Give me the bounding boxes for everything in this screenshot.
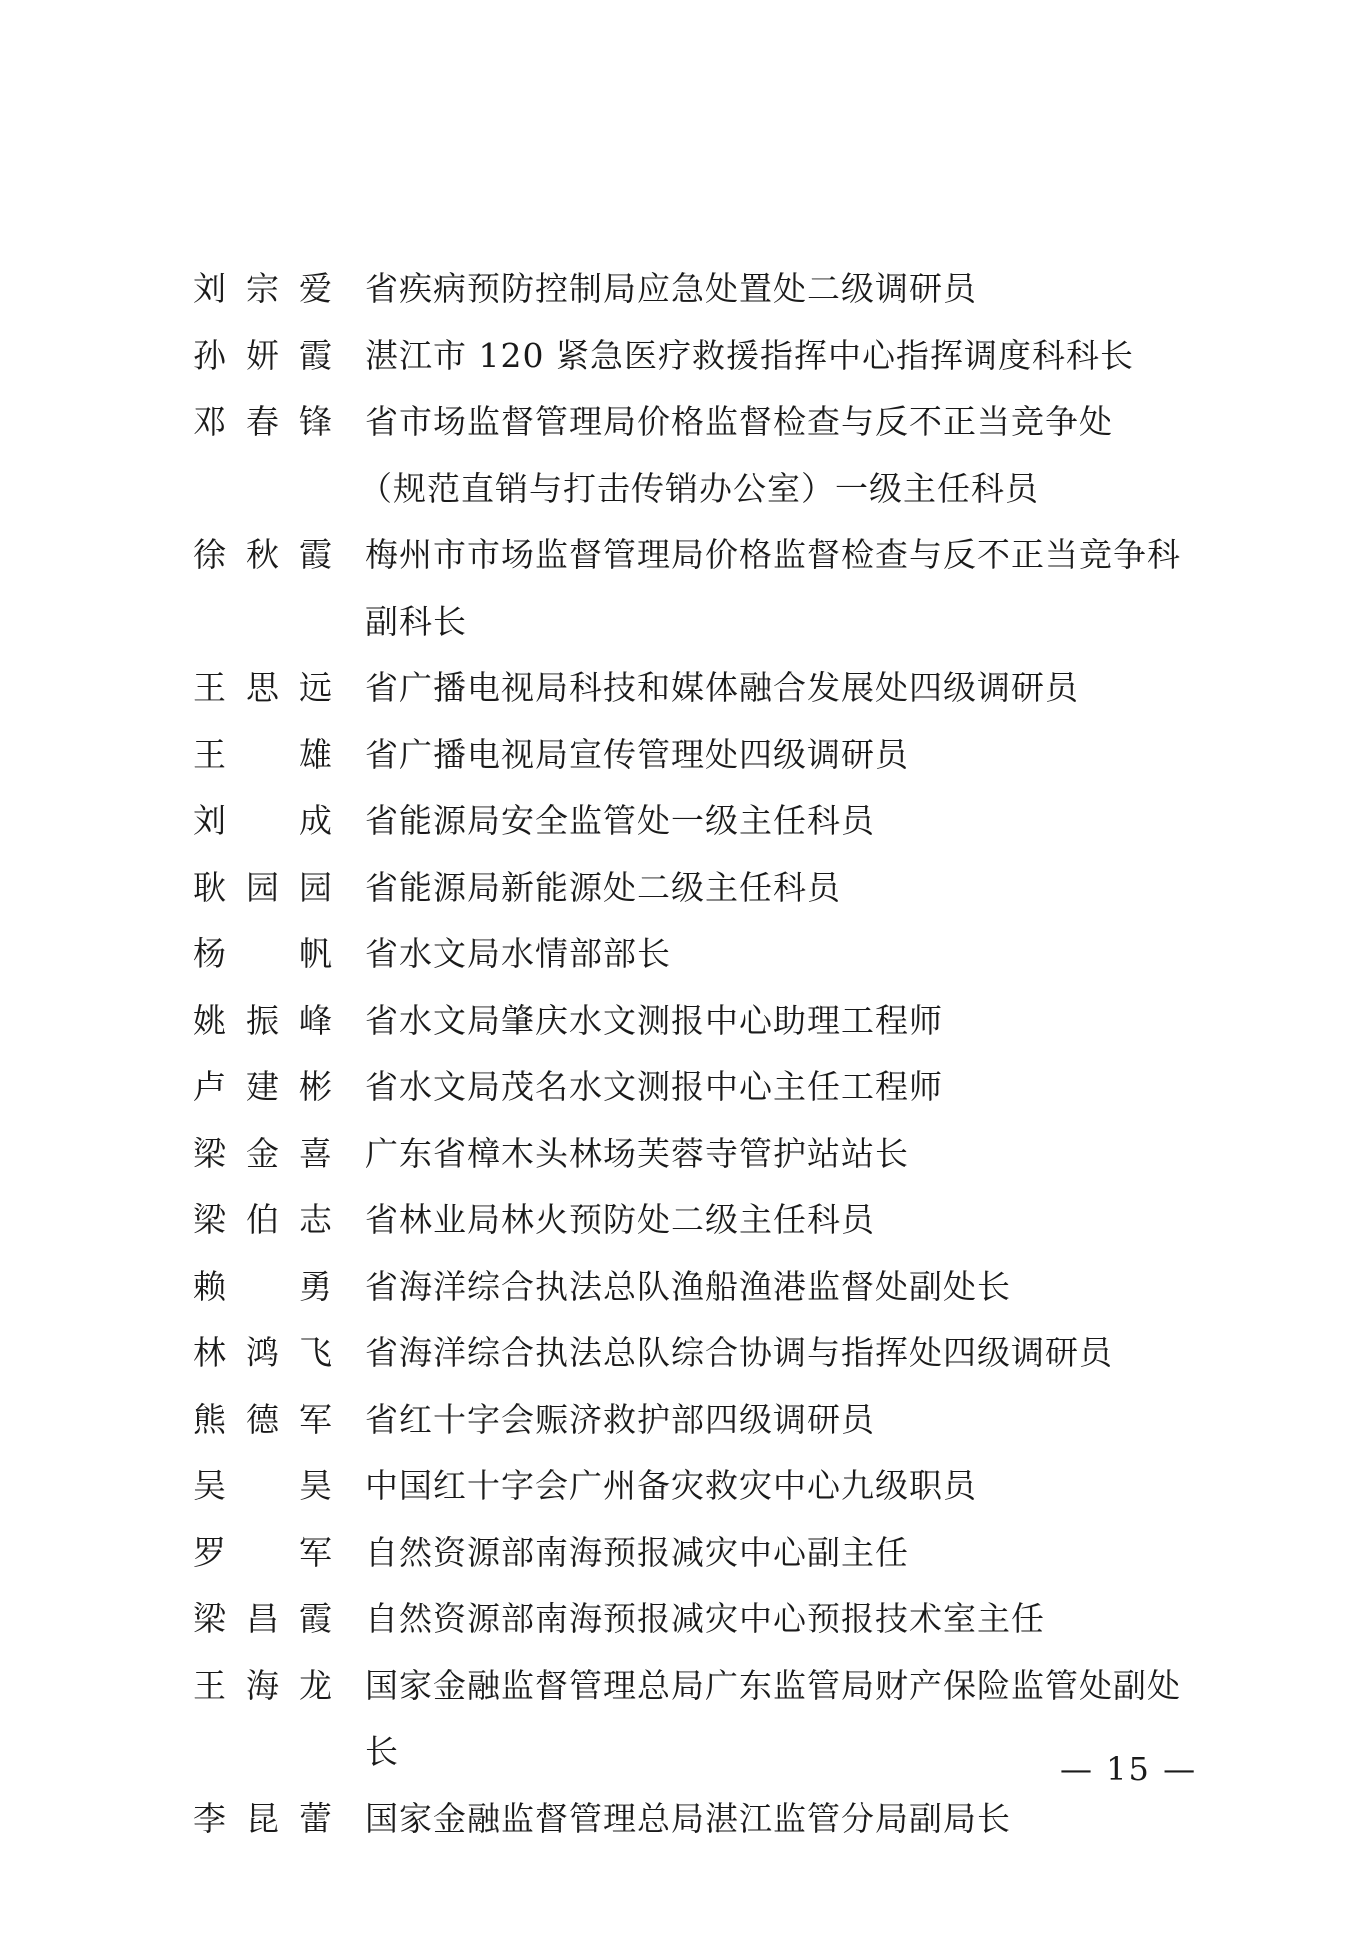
title-line: 省广播电视局科技和媒体融合发展处四级调研员 <box>365 655 1079 722</box>
list-item: 梁昌霞自然资源部南海预报减灾中心预报技术室主任 <box>193 1586 1193 1653</box>
person-name: 王雄 <box>193 722 333 789</box>
person-name: 徐秋霞 <box>193 522 333 589</box>
name-char: 孙 <box>193 323 227 390</box>
name-char: 王 <box>193 722 227 789</box>
person-name: 王海龙 <box>193 1653 333 1720</box>
person-name: 姚振峰 <box>193 988 333 1055</box>
name-char: 德 <box>246 1387 280 1454</box>
personnel-list: 刘宗爱省疾病预防控制局应急处置处二级调研员孙妍霞湛江市 120 紧急医疗救援指挥… <box>193 256 1193 1852</box>
list-item: 姚振峰省水文局肇庆水文测报中心助理工程师 <box>193 988 1193 1055</box>
name-char: 伯 <box>246 1187 280 1254</box>
person-title: 省能源局安全监管处一级主任科员 <box>365 788 875 855</box>
list-item: 王雄省广播电视局宣传管理处四级调研员 <box>193 722 1193 789</box>
name-char: 昆 <box>246 1786 280 1853</box>
name-char: 志 <box>299 1187 333 1254</box>
name-char: 鸿 <box>246 1320 280 1387</box>
person-title: 省海洋综合执法总队渔船渔港监督处副处长 <box>365 1254 1011 1321</box>
person-name: 刘宗爱 <box>193 256 333 323</box>
name-char: 海 <box>246 1653 280 1720</box>
name-char: 罗 <box>193 1520 227 1587</box>
title-line: 省广播电视局宣传管理处四级调研员 <box>365 722 909 789</box>
person-title: 中国红十字会广州备灾救灾中心九级职员 <box>365 1453 977 1520</box>
name-char: 昌 <box>246 1586 280 1653</box>
name-char: 彬 <box>299 1054 333 1121</box>
list-item: 梁金喜广东省樟木头林场芙蓉寺管护站站长 <box>193 1121 1193 1188</box>
name-char: 军 <box>299 1520 333 1587</box>
person-title: 省疾病预防控制局应急处置处二级调研员 <box>365 256 977 323</box>
person-name: 林鸿飞 <box>193 1320 333 1387</box>
name-char: 梁 <box>193 1121 227 1188</box>
name-char: 王 <box>193 1653 227 1720</box>
name-char: 秋 <box>246 522 280 589</box>
person-title: 省广播电视局科技和媒体融合发展处四级调研员 <box>365 655 1079 722</box>
list-item: 王思远省广播电视局科技和媒体融合发展处四级调研员 <box>193 655 1193 722</box>
list-item: 罗军自然资源部南海预报减灾中心副主任 <box>193 1520 1193 1587</box>
name-char: 梁 <box>193 1586 227 1653</box>
person-name: 杨帆 <box>193 921 333 988</box>
title-line: 省水文局肇庆水文测报中心助理工程师 <box>365 988 943 1055</box>
person-title: 省广播电视局宣传管理处四级调研员 <box>365 722 909 789</box>
title-line: 省海洋综合执法总队综合协调与指挥处四级调研员 <box>365 1320 1113 1387</box>
name-char: 思 <box>246 655 280 722</box>
title-line: 自然资源部南海预报减灾中心副主任 <box>365 1520 909 1587</box>
list-item: 耿园园省能源局新能源处二级主任科员 <box>193 855 1193 922</box>
name-char: 梁 <box>193 1187 227 1254</box>
list-item: 徐秋霞梅州市市场监督管理局价格监督检查与反不正当竞争科副科长 <box>193 522 1193 655</box>
name-char: 龙 <box>299 1653 333 1720</box>
name-char: 耿 <box>193 855 227 922</box>
name-char: 成 <box>299 788 333 855</box>
name-char: 霞 <box>299 1586 333 1653</box>
list-item: 林鸿飞省海洋综合执法总队综合协调与指挥处四级调研员 <box>193 1320 1193 1387</box>
person-name: 罗军 <box>193 1520 333 1587</box>
name-char: 雄 <box>299 722 333 789</box>
person-name: 梁昌霞 <box>193 1586 333 1653</box>
person-title: 国家金融监督管理总局湛江监管分局副局长 <box>365 1786 1011 1853</box>
name-char: 李 <box>193 1786 227 1853</box>
person-title: 省林业局林火预防处二级主任科员 <box>365 1187 875 1254</box>
list-item: 梁伯志省林业局林火预防处二级主任科员 <box>193 1187 1193 1254</box>
name-char: 爱 <box>299 256 333 323</box>
title-line: 中国红十字会广州备灾救灾中心九级职员 <box>365 1453 977 1520</box>
person-name: 邓春锋 <box>193 389 333 456</box>
list-item: 王海龙国家金融监督管理总局广东监管局财产保险监管处副处长 <box>193 1653 1193 1786</box>
name-char: 赖 <box>193 1254 227 1321</box>
name-char: 霞 <box>299 522 333 589</box>
person-name: 赖勇 <box>193 1254 333 1321</box>
list-item: 李昆蕾国家金融监督管理总局湛江监管分局副局长 <box>193 1786 1193 1853</box>
title-line: 广东省樟木头林场芙蓉寺管护站站长 <box>365 1121 909 1188</box>
title-line: 省能源局新能源处二级主任科员 <box>365 855 841 922</box>
title-line: 国家金融监督管理总局湛江监管分局副局长 <box>365 1786 1011 1853</box>
list-item: 孙妍霞湛江市 120 紧急医疗救援指挥中心指挥调度科科长 <box>193 323 1193 390</box>
name-char: 峰 <box>299 988 333 1055</box>
person-name: 王思远 <box>193 655 333 722</box>
list-item: 熊德军省红十字会赈济救护部四级调研员 <box>193 1387 1193 1454</box>
page-number: — 15 — <box>1060 1750 1197 1788</box>
person-title: 省海洋综合执法总队综合协调与指挥处四级调研员 <box>365 1320 1113 1387</box>
list-item: 吴昊中国红十字会广州备灾救灾中心九级职员 <box>193 1453 1193 1520</box>
person-title: 湛江市 120 紧急医疗救援指挥中心指挥调度科科长 <box>365 323 1134 390</box>
title-line: 省能源局安全监管处一级主任科员 <box>365 788 875 855</box>
name-char: 锋 <box>299 389 333 456</box>
person-name: 吴昊 <box>193 1453 333 1520</box>
list-item: 刘宗爱省疾病预防控制局应急处置处二级调研员 <box>193 256 1193 323</box>
person-name: 梁金喜 <box>193 1121 333 1188</box>
name-char: 春 <box>246 389 280 456</box>
name-char: 园 <box>299 855 333 922</box>
title-line: 省林业局林火预防处二级主任科员 <box>365 1187 875 1254</box>
person-name: 卢建彬 <box>193 1054 333 1121</box>
title-line: 省市场监督管理局价格监督检查与反不正当竞争处 <box>365 389 1113 456</box>
name-char: 卢 <box>193 1054 227 1121</box>
document-page: 刘宗爱省疾病预防控制局应急处置处二级调研员孙妍霞湛江市 120 紧急医疗救援指挥… <box>0 0 1366 1933</box>
name-char: 邓 <box>193 389 227 456</box>
name-char: 蕾 <box>299 1786 333 1853</box>
list-item: 赖勇省海洋综合执法总队渔船渔港监督处副处长 <box>193 1254 1193 1321</box>
list-item: 卢建彬省水文局茂名水文测报中心主任工程师 <box>193 1054 1193 1121</box>
name-char: 吴 <box>193 1453 227 1520</box>
person-name: 刘成 <box>193 788 333 855</box>
person-name: 熊德军 <box>193 1387 333 1454</box>
name-char: 杨 <box>193 921 227 988</box>
person-name: 耿园园 <box>193 855 333 922</box>
name-char: 宗 <box>246 256 280 323</box>
title-line: 梅州市市场监督管理局价格监督检查与反不正当竞争科副科长 <box>365 522 1193 655</box>
name-char: 园 <box>246 855 280 922</box>
person-title: 省红十字会赈济救护部四级调研员 <box>365 1387 875 1454</box>
name-char: 妍 <box>246 323 280 390</box>
title-line: 省水文局茂名水文测报中心主任工程师 <box>365 1054 943 1121</box>
name-char: 勇 <box>299 1254 333 1321</box>
person-title: 自然资源部南海预报减灾中心副主任 <box>365 1520 909 1587</box>
person-title: 自然资源部南海预报减灾中心预报技术室主任 <box>365 1586 1045 1653</box>
person-name: 孙妍霞 <box>193 323 333 390</box>
person-title: 梅州市市场监督管理局价格监督检查与反不正当竞争科副科长 <box>365 522 1193 655</box>
name-char: 刘 <box>193 788 227 855</box>
name-char: 帆 <box>299 921 333 988</box>
name-char: 飞 <box>299 1320 333 1387</box>
title-line: 省水文局水情部部长 <box>365 921 671 988</box>
title-line: 省海洋综合执法总队渔船渔港监督处副处长 <box>365 1254 1011 1321</box>
list-item: 杨帆省水文局水情部部长 <box>193 921 1193 988</box>
name-char: 林 <box>193 1320 227 1387</box>
name-char: 建 <box>246 1054 280 1121</box>
name-char: 军 <box>299 1387 333 1454</box>
title-line: 省疾病预防控制局应急处置处二级调研员 <box>365 256 977 323</box>
person-title: 省水文局水情部部长 <box>365 921 671 988</box>
name-char: 刘 <box>193 256 227 323</box>
title-continuation-line: （规范直销与打击传销办公室）一级主任科员 <box>359 456 1113 523</box>
person-title: 省能源局新能源处二级主任科员 <box>365 855 841 922</box>
title-line: 湛江市 120 紧急医疗救援指挥中心指挥调度科科长 <box>365 323 1134 390</box>
name-char: 霞 <box>299 323 333 390</box>
name-char: 徐 <box>193 522 227 589</box>
title-line: 自然资源部南海预报减灾中心预报技术室主任 <box>365 1586 1045 1653</box>
list-item: 刘成省能源局安全监管处一级主任科员 <box>193 788 1193 855</box>
person-title: 省市场监督管理局价格监督检查与反不正当竞争处（规范直销与打击传销办公室）一级主任… <box>365 389 1113 522</box>
name-char: 喜 <box>299 1121 333 1188</box>
list-item: 邓春锋省市场监督管理局价格监督检查与反不正当竞争处（规范直销与打击传销办公室）一… <box>193 389 1193 522</box>
name-char: 王 <box>193 655 227 722</box>
name-char: 振 <box>246 988 280 1055</box>
person-title: 省水文局茂名水文测报中心主任工程师 <box>365 1054 943 1121</box>
person-title: 省水文局肇庆水文测报中心助理工程师 <box>365 988 943 1055</box>
name-char: 姚 <box>193 988 227 1055</box>
name-char: 金 <box>246 1121 280 1188</box>
name-char: 昊 <box>299 1453 333 1520</box>
person-name: 梁伯志 <box>193 1187 333 1254</box>
person-name: 李昆蕾 <box>193 1786 333 1853</box>
person-title: 广东省樟木头林场芙蓉寺管护站站长 <box>365 1121 909 1188</box>
title-line: 省红十字会赈济救护部四级调研员 <box>365 1387 875 1454</box>
name-char: 熊 <box>193 1387 227 1454</box>
name-char: 远 <box>299 655 333 722</box>
